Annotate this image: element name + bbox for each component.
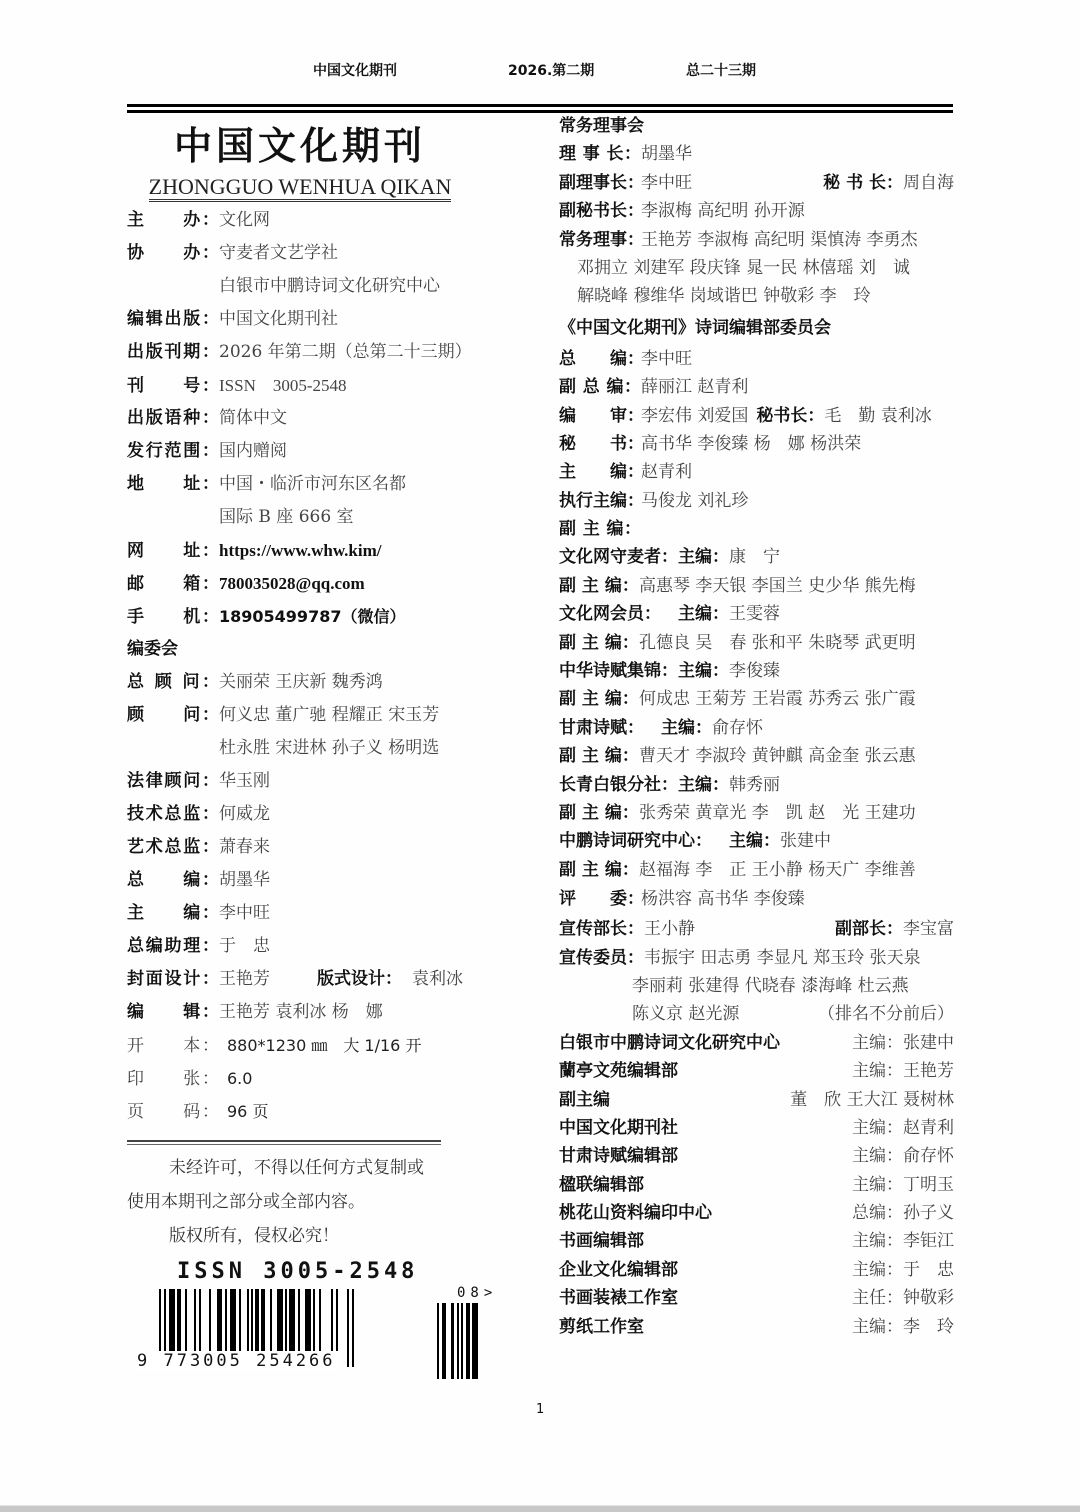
poetry-value: 高惠琴 李天银 李国兰 史少华 熊先梅 — [639, 576, 916, 596]
publicity-members-row: 宣传委员：韦振宇 田志勇 李显凡 郑玉玲 张天泉 — [559, 944, 954, 972]
committee-row: 艺术总监：萧春来 — [127, 831, 527, 864]
poetry-value: 赵青利 — [641, 462, 692, 482]
department-row: 白银市中鹏诗词文化研究中心主编：张建中 — [559, 1029, 954, 1057]
poetry-label: 副 总 编： — [559, 373, 641, 401]
department-role: 主编： — [852, 1231, 903, 1251]
department-name: 书画装裱工作室 — [559, 1284, 678, 1312]
design-row: 封面设计：王艳芳 版式设计：袁利冰 — [127, 963, 527, 996]
department-row: 中国文化期刊社主编：赵青利 — [559, 1114, 954, 1142]
department-row: 书画装裱工作室主任：钟敬彩 — [559, 1284, 954, 1312]
poetry-label: 副 主 编： — [559, 685, 639, 713]
poetry-label: 副 主 编： — [559, 742, 639, 770]
cover-design-label: 封面设计： — [127, 963, 219, 996]
ranking-note: （排名不分前后） — [818, 1000, 954, 1028]
department-person: 李 玲 — [903, 1317, 954, 1337]
standing-directors-row-3: 解晓峰 穆维华 岗域谐巴 钟敬彩 李 玲 — [559, 282, 954, 310]
poetry-row: 副 主 编：张秀荣 黄章光 李 凯 赵 光 王建功 — [559, 799, 954, 827]
poetry-value: 赵福海 李 正 王小静 杨天广 李维善 — [639, 860, 916, 880]
department-name: 企业文化编辑部 — [559, 1256, 678, 1284]
poetry-label: 评 委： — [559, 884, 641, 915]
poetry-extra-label: 主编： — [678, 543, 729, 571]
department-role: 主编： — [852, 1146, 903, 1166]
poetry-row: 副 主 编：孔德良 吴 春 张和平 朱晓琴 武更明 — [559, 629, 954, 657]
poetry-value: 高书华 李俊臻 杨 娜 杨洪荣 — [641, 434, 861, 454]
department-person: 李钜江 — [903, 1231, 954, 1251]
secretary-general-label: 秘 书 长： — [823, 169, 903, 197]
department-person: 俞存怀 — [903, 1146, 954, 1166]
info-row-email: 邮 箱：780035028@qq.com — [127, 567, 527, 600]
layout-design-label: 版式设计： — [317, 963, 402, 996]
standing-directors-value: 解晓峰 穆维华 岗域谐巴 钟敬彩 李 玲 — [577, 286, 871, 306]
spec-value: 6.0 — [219, 1069, 252, 1088]
committee-label: 顾 问： — [127, 699, 219, 732]
poetry-row: 秘 书：高书华 李俊臻 杨 娜 杨洪荣 — [559, 430, 954, 458]
poetry-row: 副 主 编：何成忠 王菊芳 王岩霞 苏秀云 张广霞 — [559, 685, 954, 713]
department-person: 于 忠 — [903, 1260, 954, 1280]
poetry-label: 中鹏诗词研究中心： — [559, 827, 712, 855]
vice-chairman-row: 副理事长：李中旺 秘 书 长：周自海 — [559, 169, 954, 197]
info-row-address: 地 址：中国・临沂市河东区名都 — [127, 468, 527, 501]
info-value: 守麦者文艺学社 — [219, 243, 338, 263]
department-row: 企业文化编辑部主编：于 忠 — [559, 1256, 954, 1284]
barcode-issn-text: ISSN 3005-2548 — [177, 1259, 418, 1284]
info-label: 发行范围： — [127, 435, 219, 468]
info-value: 简体中文 — [219, 408, 287, 428]
poetry-label: 文化网会员： — [559, 600, 661, 628]
poetry-value: 俞存怀 — [712, 718, 763, 738]
page-number: 1 — [536, 1402, 544, 1417]
info-row-language: 出版语种：简体中文 — [127, 402, 527, 435]
department-name: 书画编辑部 — [559, 1227, 644, 1255]
spec-value: 96 页 — [219, 1102, 268, 1121]
info-label: 网 址： — [127, 535, 219, 568]
standing-directors-value: 邓拥立 刘建军 段庆锋 晁一民 林僖瑶 刘 诚 — [577, 258, 910, 278]
standing-directors-row-2: 邓拥立 刘建军 段庆锋 晁一民 林僖瑶 刘 诚 — [559, 254, 954, 282]
poetry-label: 副 主 编： — [559, 572, 639, 600]
poetry-label: 秘 书： — [559, 430, 641, 458]
poetry-label: 副 主 编： — [559, 515, 641, 543]
vice-chairman-value: 李中旺 — [641, 173, 692, 193]
info-value: 中国文化期刊社 — [219, 309, 338, 329]
notice-line: 版权所有，侵权必究！ — [127, 1219, 527, 1253]
info-row-host: 主 办：文化网 — [127, 204, 527, 237]
info-row-distribution: 发行范围：国内赠阅 — [127, 435, 527, 468]
committee-value: 关丽荣 王庆新 魏秀鸿 — [219, 672, 383, 692]
left-column: 中国文化期刊 ZHONGGUO WENHUA QIKAN 主 办：文化网 协 办… — [127, 112, 527, 1369]
committee-row: 顾 问：何义忠 董广驰 程耀正 宋玉芳 — [127, 699, 527, 732]
department-role: 主编： — [852, 1033, 903, 1053]
poetry-label: 长青白银分社： — [559, 771, 678, 799]
poetry-extra-label: 秘书长： — [756, 402, 824, 430]
pinyin-text: ZHONGGUO WENHUA QIKAN — [149, 174, 452, 202]
info-label: 协 办： — [127, 237, 219, 270]
phone-value: 18905499787（微信） — [219, 607, 405, 626]
board-heading: 常务理事会 — [559, 112, 954, 140]
committee-label: 艺术总监： — [127, 831, 219, 864]
notice-line: 使用本期刊之部分或全部内容。 — [127, 1185, 527, 1219]
barcode-digits: 9 773005 254266 — [135, 1351, 338, 1371]
poetry-row: 文化网守麦者：主编：康 宁 — [559, 543, 954, 571]
committee-value: 李中旺 — [219, 903, 270, 923]
department-name: 白银市中鹏诗词文化研究中心 — [559, 1029, 780, 1057]
barcode-addon: 08> — [437, 1285, 497, 1379]
committee-value: 萧春来 — [219, 837, 270, 857]
department-person: 孙子义 — [903, 1203, 954, 1223]
running-head-issue: 2026.第二期 — [508, 60, 594, 80]
poetry-extra-value: 毛 勤 袁利冰 — [824, 406, 931, 426]
poetry-value: 孔德良 吴 春 张和平 朱晓琴 武更明 — [639, 633, 916, 653]
info-label: 出版刊期： — [127, 336, 219, 369]
department-person: 钟敬彩 — [903, 1288, 954, 1308]
poetry-extra-label: 主编： — [644, 714, 712, 742]
committee-label: 法律顾问： — [127, 765, 219, 798]
info-row-issue: 出版刊期：2026 年第二期（总第二十三期） — [127, 336, 527, 369]
deputy-secretaries-value: 李淑梅 高纪明 孙开源 — [641, 201, 805, 221]
department-name: 桃花山资料编印中心 — [559, 1199, 712, 1227]
right-column: 常务理事会 理 事 长：胡墨华 副理事长：李中旺 秘 书 长：周自海 副秘书长：… — [559, 112, 954, 1341]
poetry-value: 张建中 — [780, 831, 831, 851]
publicity-head-value: 王小静 — [644, 919, 695, 939]
department-role: 主编： — [852, 1061, 903, 1081]
running-head-total: 总二十三期 — [686, 60, 756, 80]
committee-list: 总 顾 问：关丽荣 王庆新 魏秀鸿 顾 问：何义忠 董广驰 程耀正 宋玉芳 杜永… — [127, 666, 527, 1029]
email-link[interactable]: 780035028@qq.com — [219, 574, 365, 593]
poetry-row: 副 主 编： — [559, 515, 954, 543]
poetry-value: 韩秀丽 — [729, 775, 780, 795]
info-label: 刊 号： — [127, 370, 219, 403]
addon-digits: 08> — [457, 1285, 497, 1301]
department-person: 丁明玉 — [903, 1175, 954, 1195]
spec-row: 印 张：6.0 — [127, 1062, 527, 1095]
committee-label: 技术总监： — [127, 798, 219, 831]
poetry-extra-label: 主编： — [678, 657, 729, 685]
spec-label: 印 张： — [127, 1063, 219, 1096]
publicity-members-label: 宣传委员： — [559, 944, 644, 972]
committee-value: 胡墨华 — [219, 870, 270, 890]
info-row-issn: 刊 号：ISSN 3005-2548 — [127, 369, 527, 402]
publicity-members-value: 韦振宇 田志勇 李显凡 郑玉玲 张天泉 — [644, 948, 921, 968]
poetry-label: 副 主 编： — [559, 629, 639, 657]
running-head-journal: 中国文化期刊 — [313, 60, 397, 80]
deputy-secretaries-row: 副秘书长：李淑梅 高纪明 孙开源 — [559, 197, 954, 225]
department-role: 主编： — [852, 1118, 903, 1138]
divider — [127, 1140, 441, 1145]
department-row: 书画编辑部主编：李钜江 — [559, 1227, 954, 1255]
committee-heading: 编委会 — [127, 633, 527, 666]
standing-directors-label: 常务理事： — [559, 226, 641, 254]
poetry-extra-label: 主编： — [678, 771, 729, 799]
poetry-label: 副 主 编： — [559, 856, 639, 884]
departments-list: 白银市中鹏诗词文化研究中心主编：张建中 蘭亭文苑编辑部主编：王艳芳 副主编董 欣… — [559, 1029, 954, 1341]
publicity-deputy-label: 副部长： — [835, 915, 903, 943]
spec-row: 页 码：96 页 — [127, 1095, 527, 1128]
department-row: 剪纸工作室主编：李 玲 — [559, 1313, 954, 1341]
poetry-label: 编 审： — [559, 402, 641, 430]
department-person: 王艳芳 — [903, 1061, 954, 1081]
masthead-title: 中国文化期刊 — [127, 122, 473, 170]
poetry-row: 副 总 编：薛丽江 赵青利 — [559, 373, 954, 401]
poetry-value: 马俊龙 刘礼珍 — [641, 491, 748, 511]
publicity-head-label: 宣传部长： — [559, 915, 644, 943]
committee-row: 法律顾问：华玉刚 — [127, 765, 527, 798]
department-row: 楹联编辑部主编：丁明玉 — [559, 1171, 954, 1199]
department-name: 甘肃诗赋编辑部 — [559, 1142, 678, 1170]
editors-row: 编 辑：王艳芳 袁利冰 杨 娜 — [127, 996, 527, 1029]
info-label: 地 址： — [127, 468, 219, 501]
committee-label: 总 顾 问： — [127, 666, 219, 699]
info-value: 国际 B 座 666 室 — [219, 507, 354, 527]
department-row: 蘭亭文苑编辑部主编：王艳芳 — [559, 1057, 954, 1085]
publicity-members-row-3: 陈义京 赵光源（排名不分前后） — [559, 1000, 954, 1028]
committee-value: 华玉刚 — [219, 771, 270, 791]
committee-label: 总 编： — [127, 864, 219, 897]
poetry-value: 李中旺 — [641, 349, 692, 369]
poetry-value: 张秀荣 黄章光 李 凯 赵 光 王建功 — [639, 803, 916, 823]
spec-value: 880*1230 ㎜ 大 1/16 开 — [219, 1036, 421, 1055]
committee-row: 总 编：胡墨华 — [127, 864, 527, 897]
info-value: ISSN 3005-2548 — [219, 376, 347, 395]
viewer-bottom-edge — [0, 1505, 1080, 1512]
department-role: 主编： — [852, 1317, 903, 1337]
poetry-row: 副 主 编：高惠琴 李天银 李国兰 史少华 熊先梅 — [559, 572, 954, 600]
info-label: 邮 箱： — [127, 568, 219, 601]
publicity-members-row-2: 李丽莉 张建得 代晓春 漆海峰 杜云燕 — [559, 972, 954, 1000]
committee-row: 杜永胜 宋进林 孙子义 杨明选 — [127, 732, 527, 765]
poetry-value: 康 宁 — [729, 547, 780, 567]
department-person: 张建中 — [903, 1033, 954, 1053]
poetry-value: 李俊臻 — [729, 661, 780, 681]
chairman-label: 理 事 长： — [559, 140, 641, 168]
publication-info: 主 办：文化网 协 办：守麦者文艺学社 白银市中鹏诗词文化研究中心 编辑出版：中… — [127, 204, 527, 633]
department-role: 总编： — [852, 1203, 903, 1223]
committee-row: 总 顾 问：关丽荣 王庆新 魏秀鸿 — [127, 666, 527, 699]
poetry-label: 总 编： — [559, 345, 641, 373]
masthead-pinyin: ZHONGGUO WENHUA QIKAN — [127, 170, 473, 204]
poetry-committee: 总 编：李中旺 副 总 编：薛丽江 赵青利 编 审：李宏伟 刘爱国秘书长：毛 勤… — [559, 345, 954, 915]
info-value: 中国・临沂市河东区名都 — [219, 474, 406, 494]
standing-directors-row: 常务理事：王艳芳 李淑梅 高纪明 渠慎涛 李勇杰 — [559, 226, 954, 254]
department-role: 主任： — [852, 1288, 903, 1308]
spec-label: 开 本： — [127, 1030, 219, 1063]
poetry-row: 编 审：李宏伟 刘爱国秘书长：毛 勤 袁利冰 — [559, 402, 954, 430]
secretary-general: 秘 书 长：周自海 — [823, 169, 954, 197]
spec-row: 开 本：880*1230 ㎜ 大 1/16 开 — [127, 1029, 527, 1062]
poetry-value: 王雯蓉 — [729, 604, 780, 624]
poetry-row: 执行主编：马俊龙 刘礼珍 — [559, 487, 954, 515]
chairman-value: 胡墨华 — [641, 144, 692, 164]
department-name: 中国文化期刊社 — [559, 1114, 678, 1142]
poetry-row: 主 编：赵青利 — [559, 458, 954, 486]
poetry-row: 副 主 编：赵福海 李 正 王小静 杨天广 李维善 — [559, 856, 954, 884]
info-value: 文化网 — [219, 210, 270, 230]
committee-label: 主 编： — [127, 897, 219, 930]
secretary-general-value: 周自海 — [903, 173, 954, 193]
poetry-extra-label: 主编： — [661, 600, 729, 628]
poetry-value: 何成忠 王菊芳 王岩霞 苏秀云 张广霞 — [639, 689, 916, 709]
poetry-row: 甘肃诗赋： 主编：俞存怀 — [559, 714, 954, 742]
spec-label: 页 码： — [127, 1096, 219, 1129]
info-value: 国内赠阅 — [219, 441, 287, 461]
department-role: 主编： — [852, 1175, 903, 1195]
info-row-publisher: 编辑出版：中国文化期刊社 — [127, 303, 527, 336]
committee-value: 何义忠 董广驰 程耀正 宋玉芳 — [219, 705, 439, 725]
poetry-value: 曹天才 李淑玲 黄钟麒 高金奎 张云惠 — [639, 746, 916, 766]
committee-value: 杜永胜 宋进林 孙子义 杨明选 — [219, 738, 439, 758]
standing-directors-value: 王艳芳 李淑梅 高纪明 渠慎涛 李勇杰 — [641, 230, 918, 250]
issn-barcode: ISSN 3005-2548 08> 9 773005 254266 — [127, 1259, 517, 1369]
department-row: 甘肃诗赋编辑部主编：俞存怀 — [559, 1142, 954, 1170]
publicity-deputy: 副部长：李宝富 — [835, 915, 954, 943]
department-person: 赵青利 — [903, 1118, 954, 1138]
print-specs: 开 本：880*1230 ㎜ 大 1/16 开 印 张：6.0 页 码：96 页 — [127, 1029, 527, 1128]
publicity-members-value: 陈义京 赵光源 — [632, 1004, 739, 1024]
committee-row: 总编助理：于 忠 — [127, 930, 527, 963]
poetry-row: 中华诗赋集锦：主编：李俊臻 — [559, 657, 954, 685]
committee-row: 主 编：李中旺 — [127, 897, 527, 930]
department-name: 副主编 — [559, 1086, 610, 1114]
poetry-extra-label: 主编： — [712, 827, 780, 855]
website-link[interactable]: https://www.whw.kim/ — [219, 541, 381, 560]
department-name: 剪纸工作室 — [559, 1313, 644, 1341]
publicity-head-row: 宣传部长：王小静 副部长：李宝富 — [559, 915, 954, 943]
addon-bars-icon — [437, 1303, 497, 1379]
info-row-website: 网 址：https://www.whw.kim/ — [127, 534, 527, 567]
editors-value: 王艳芳 袁利冰 杨 娜 — [219, 1002, 383, 1022]
info-row-phone: 手 机：18905499787（微信） — [127, 600, 527, 633]
chairman-row: 理 事 长：胡墨华 — [559, 140, 954, 168]
publicity-members-value: 李丽莉 张建得 代晓春 漆海峰 杜云燕 — [632, 976, 909, 996]
info-label: 主 办： — [127, 204, 219, 237]
poetry-label: 文化网守麦者： — [559, 543, 678, 571]
department-row: 副主编董 欣 王大江 聂树林 — [559, 1086, 954, 1114]
info-label: 出版语种： — [127, 402, 219, 435]
poetry-label: 主 编： — [559, 458, 641, 486]
publicity-deputy-value: 李宝富 — [903, 919, 954, 939]
poetry-label: 执行主编： — [559, 487, 641, 515]
poetry-row: 中鹏诗词研究中心： 主编：张建中 — [559, 827, 954, 855]
layout-design-value: 袁利冰 — [412, 963, 463, 996]
department-row: 桃花山资料编印中心总编：孙子义 — [559, 1199, 954, 1227]
department-name: 楹联编辑部 — [559, 1171, 644, 1199]
info-row-cohost: 协 办：守麦者文艺学社 — [127, 237, 527, 270]
poetry-committee-heading: 《中国文化期刊》诗词编辑部委员会 — [559, 311, 954, 345]
deputy-secretaries-label: 副秘书长： — [559, 197, 641, 225]
info-row-address-2: 国际 B 座 666 室 — [127, 501, 527, 534]
editors-label: 编 辑： — [127, 996, 219, 1029]
poetry-value: 薛丽江 赵青利 — [641, 377, 748, 397]
department-role: 主编： — [852, 1260, 903, 1280]
poetry-value: 杨洪容 高书华 李俊臻 — [641, 889, 805, 909]
poetry-row: 总 编：李中旺 — [559, 345, 954, 373]
info-row-cohost-2: 白银市中鹏诗词文化研究中心 — [127, 270, 527, 303]
info-value: 白银市中鹏诗词文化研究中心 — [219, 276, 440, 296]
committee-value: 何威龙 — [219, 804, 270, 824]
poetry-label: 副 主 编： — [559, 799, 639, 827]
department-person: 董 欣 王大江 聂树林 — [790, 1090, 954, 1110]
info-label: 编辑出版： — [127, 303, 219, 336]
vice-chairman-label: 副理事长： — [559, 169, 641, 197]
info-label: 手 机： — [127, 601, 219, 634]
poetry-value: 李宏伟 刘爱国 — [641, 406, 748, 426]
running-head: 中国文化期刊 2026.第二期 总二十三期 — [0, 60, 1080, 84]
committee-label: 总编助理： — [127, 930, 219, 963]
poetry-row: 副 主 编：曹天才 李淑玲 黄钟麒 高金奎 张云惠 — [559, 742, 954, 770]
poetry-row: 文化网会员： 主编：王雯蓉 — [559, 600, 954, 628]
notice-line: 未经许可，不得以任何方式复制或 — [127, 1151, 527, 1185]
poetry-label: 甘肃诗赋： — [559, 714, 644, 742]
department-name: 蘭亭文苑编辑部 — [559, 1057, 678, 1085]
cover-design-value: 王艳芳 — [219, 969, 270, 989]
committee-row: 技术总监：何威龙 — [127, 798, 527, 831]
poetry-label: 中华诗赋集锦： — [559, 657, 678, 685]
committee-value: 于 忠 — [219, 936, 270, 956]
poetry-row: 长青白银分社：主编：韩秀丽 — [559, 771, 954, 799]
copyright-notice: 未经许可，不得以任何方式复制或 使用本期刊之部分或全部内容。 版权所有，侵权必究… — [127, 1151, 527, 1253]
poetry-row: 评 委：杨洪容 高书华 李俊臻 — [559, 884, 954, 915]
info-value: 2026 年第二期（总第二十三期） — [219, 342, 472, 362]
